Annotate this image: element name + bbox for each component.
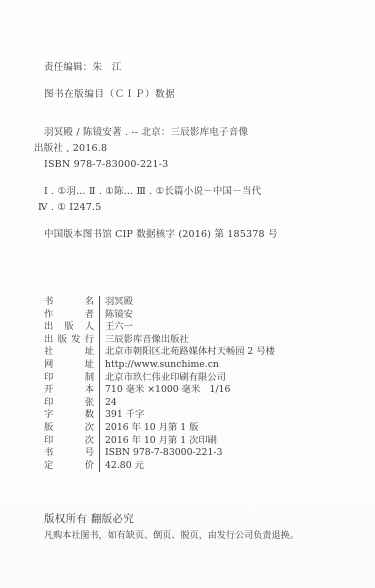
spec-label: 印张 [44,397,99,410]
spec-row: 印次2016 年 10 月第 1 次印刷 [44,435,275,448]
spec-row: 出版人王六一 [44,321,275,334]
spec-value: 2016 年 10 月第 1 版 [100,422,198,435]
spec-label-char: 印 [44,372,53,385]
spec-label-char: 号 [85,447,94,460]
copyright-page: 责任编辑：朱 江 图书在版编目（ＣＩＰ）数据 羽冥殿 / 陈镜安著 . -- 北… [0,0,375,588]
spec-value: ISBN 978-7-83000-221-3 [100,447,222,460]
spec-label-char: 版 [64,321,73,334]
spec-label-char: 者 [85,309,94,322]
spec-label: 字数 [44,409,99,422]
spec-value: 391 千字 [100,409,144,422]
spec-label: 印次 [44,435,99,448]
cip-isbn: ISBN 978-7-83000-221-3 [44,159,168,171]
responsible-editor: 责任编辑：朱 江 [44,62,122,74]
spec-label-char: 书 [44,296,53,309]
spec-row: 开本710 毫米 ×1000 毫米 1/16 [44,384,275,397]
spec-label: 定价 [44,460,99,473]
spec-label-char: 版 [58,334,67,347]
spec-label-char: 人 [85,321,94,334]
spec-label-char: 张 [85,397,94,410]
spec-label: 网址 [44,359,99,372]
spec-label: 书号 [44,447,99,460]
spec-label: 出版发行 [44,334,99,347]
spec-value: 陈镜安 [100,309,133,322]
cip-record-line-2: 出版社 , 2016.8 [34,143,107,155]
spec-label-char: 出 [44,334,53,347]
spec-label-char: 发 [71,334,80,347]
spec-value: 王六一 [100,321,133,334]
spec-row: 作者陈镜安 [44,309,275,322]
spec-row: 版次2016 年 10 月第 1 版 [44,422,275,435]
spec-label-char: 版 [44,422,53,435]
spec-row: 书号ISBN 978-7-83000-221-3 [44,447,275,460]
spec-label-char: 址 [85,346,94,359]
spec-row: 印张24 [44,397,275,410]
spec-label-char: 行 [85,334,94,347]
spec-label: 印制 [44,372,99,385]
spec-row: 书名羽冥殿 [44,296,275,309]
spec-value: 710 毫米 ×1000 毫米 1/16 [100,384,230,397]
spec-label: 出版人 [44,321,99,334]
cip-verification-number: 中国版本图书馆 CIP 数据核字 (2016) 第 185378 号 [44,229,278,241]
spec-label-char: 本 [85,384,94,397]
spec-value: 北京市玖仁伟业印刷有限公司 [100,372,226,385]
spec-label-char: 网 [44,359,53,372]
spec-label-char: 作 [44,309,53,322]
spec-value: 24 [100,397,117,410]
spec-value: 北京市朝阳区北苑路媒体村天畅园 2 号楼 [100,346,275,359]
spec-label-char: 址 [85,359,94,372]
spec-value: 三辰影库音像出版社 [100,334,189,347]
cip-heading: 图书在版编目（ＣＩＰ）数据 [44,89,175,101]
spec-row: 网址http://www.sunchime.cn [44,359,275,372]
spec-row: 印制北京市玖仁伟业印刷有限公司 [44,372,275,385]
cip-classification-1: Ⅰ . ①羽… Ⅱ . ①陈… Ⅲ . ①长篇小说－中国－当代 [44,186,261,198]
spec-row: 定价42.80 元 [44,460,275,473]
cip-classification-2: Ⅳ . ① I247.5 [38,202,101,214]
spec-row: 字数391 千字 [44,409,275,422]
spec-label-char: 制 [85,372,94,385]
spec-label-char: 次 [85,435,94,448]
spec-label-char: 数 [85,409,94,422]
spec-value: 42.80 元 [100,460,144,473]
spec-label-char: 出 [44,321,53,334]
rights-reserved-note: 凡购本社图书，如有缺页、倒页、脱页，由发行公司负责退换。 [44,530,299,542]
spec-label-char: 印 [44,397,53,410]
spec-label-char: 社 [44,346,53,359]
spec-value: http://www.sunchime.cn [100,359,219,372]
spec-label-char: 价 [85,460,94,473]
spec-label-char: 印 [44,435,53,448]
spec-label-char: 开 [44,384,53,397]
rights-reserved-title: 版权所有 翻版必究 [44,513,134,525]
spec-label: 作者 [44,309,99,322]
cip-record-line-1: 羽冥殿 / 陈镜安著 . -- 北京：三辰影库电子音像 [44,127,248,139]
spec-row: 社址北京市朝阳区北苑路媒体村天畅园 2 号楼 [44,346,275,359]
spec-label: 版次 [44,422,99,435]
book-specs-table: 书名羽冥殿作者陈镜安出版人王六一出版发行三辰影库音像出版社社址北京市朝阳区北苑路… [44,296,275,472]
spec-row: 出版发行三辰影库音像出版社 [44,334,275,347]
spec-label-char: 字 [44,409,53,422]
spec-label-char: 书 [44,447,53,460]
spec-label: 书名 [44,296,99,309]
spec-label: 开本 [44,384,99,397]
spec-label-char: 定 [44,460,53,473]
spec-label-char: 名 [85,296,94,309]
spec-value: 2016 年 10 月第 1 次印刷 [100,435,217,448]
spec-label-char: 次 [85,422,94,435]
spec-value: 羽冥殿 [100,296,133,309]
spec-label: 社址 [44,346,99,359]
